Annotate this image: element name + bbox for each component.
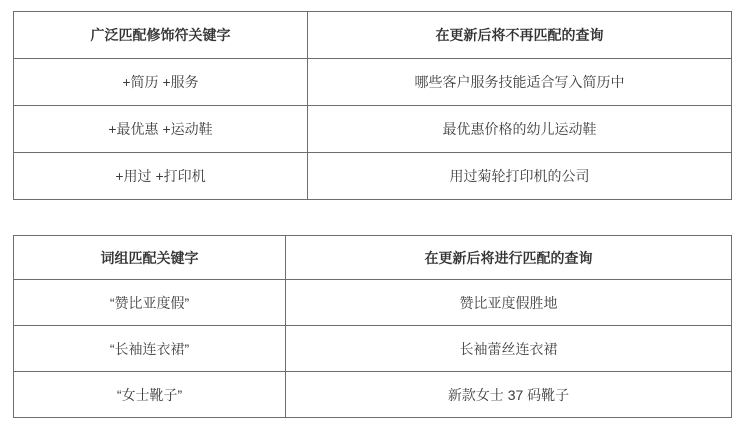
table-cell: 赞比亚度假胜地: [286, 280, 732, 326]
table-cell: 长袖蕾丝连衣裙: [286, 326, 732, 372]
table-cell: “长袖连衣裙”: [14, 326, 286, 372]
table-cell: 新款女士 37 码靴子: [286, 372, 732, 418]
table-cell: 哪些客户服务技能适合写入简历中: [308, 59, 732, 106]
table-cell: “赞比亚度假”: [14, 280, 286, 326]
table-row: +最优惠 +运动鞋最优惠价格的幼儿运动鞋: [14, 106, 732, 153]
table-row: “赞比亚度假”赞比亚度假胜地: [14, 280, 732, 326]
broad-match-modifier-table: 广泛匹配修饰符关键字在更新后将不再匹配的查询+简历 +服务哪些客户服务技能适合写…: [13, 11, 732, 200]
table-cell: 最优惠价格的幼儿运动鞋: [308, 106, 732, 153]
table-row: “女士靴子”新款女士 37 码靴子: [14, 372, 732, 418]
column-header: 词组匹配关键字: [14, 236, 286, 280]
table-row: “长袖连衣裙”长袖蕾丝连衣裙: [14, 326, 732, 372]
phrase-match-table: 词组匹配关键字在更新后将进行匹配的查询“赞比亚度假”赞比亚度假胜地“长袖连衣裙”…: [13, 235, 732, 418]
table-cell: 用过菊轮打印机的公司: [308, 153, 732, 200]
table-cell: “女士靴子”: [14, 372, 286, 418]
page: 广泛匹配修饰符关键字在更新后将不再匹配的查询+简历 +服务哪些客户服务技能适合写…: [0, 0, 750, 439]
header-row: 广泛匹配修饰符关键字在更新后将不再匹配的查询: [14, 12, 732, 59]
table-cell: +用过 +打印机: [14, 153, 308, 200]
header-row: 词组匹配关键字在更新后将进行匹配的查询: [14, 236, 732, 280]
table-row: +简历 +服务哪些客户服务技能适合写入简历中: [14, 59, 732, 106]
column-header: 在更新后将进行匹配的查询: [286, 236, 732, 280]
table-cell: +最优惠 +运动鞋: [14, 106, 308, 153]
table-row: +用过 +打印机用过菊轮打印机的公司: [14, 153, 732, 200]
table-cell: +简历 +服务: [14, 59, 308, 106]
column-header: 在更新后将不再匹配的查询: [308, 12, 732, 59]
column-header: 广泛匹配修饰符关键字: [14, 12, 308, 59]
